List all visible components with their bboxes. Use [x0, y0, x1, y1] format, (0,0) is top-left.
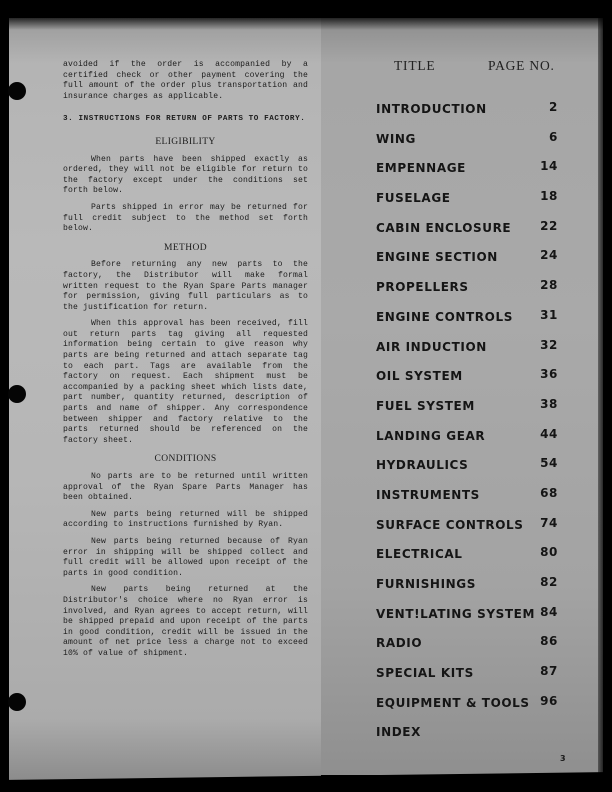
toc-entry[interactable]: FUEL SYSTEM38 — [376, 397, 558, 427]
table-of-contents: INTRODUCTION2WING6EMPENNAGE14FUSELAGE18C… — [376, 100, 558, 753]
toc-entry-title: CABIN ENCLOSURE — [376, 221, 511, 235]
toc-entry-page: 14 — [540, 159, 558, 173]
toc-entry[interactable]: EMPENNAGE14 — [376, 159, 558, 189]
toc-entry-title: INSTRUMENTS — [376, 488, 480, 502]
toc-entry-title: FURNISHINGS — [376, 577, 476, 591]
toc-entry-title: INTRODUCTION — [376, 102, 487, 116]
toc-entry-page: 82 — [540, 575, 558, 589]
left-column-text: avoided if the order is accompanied by a… — [63, 60, 308, 666]
toc-entry-page: 44 — [540, 427, 558, 441]
toc-entry[interactable]: ENGINE SECTION24 — [376, 248, 558, 278]
toc-entry-title: FUSELAGE — [376, 191, 451, 205]
toc-entry[interactable]: ENGINE CONTROLS31 — [376, 308, 558, 338]
toc-entry[interactable]: VENT!LATING SYSTEM84 — [376, 605, 558, 635]
conditions-paragraph: No parts are to be returned until writte… — [63, 472, 308, 504]
toc-entry-title: LANDING GEAR — [376, 429, 485, 443]
punch-hole-top — [8, 82, 26, 100]
method-paragraph: When this approval has been received, fi… — [63, 319, 308, 446]
toc-entry-title: EMPENNAGE — [376, 161, 466, 175]
toc-entry-page: 36 — [540, 367, 558, 381]
toc-entry[interactable]: LANDING GEAR44 — [376, 427, 558, 457]
toc-entry-page: 68 — [540, 486, 558, 500]
toc-entry-page: 18 — [540, 189, 558, 203]
conditions-paragraph: New parts being returned because of Ryan… — [63, 537, 308, 579]
toc-entry[interactable]: HYDRAULICS54 — [376, 456, 558, 486]
toc-entry-title: PROPELLERS — [376, 280, 469, 294]
toc-entry-page: 22 — [540, 219, 558, 233]
toc-entry-page: 80 — [540, 545, 558, 559]
toc-entry-page: 86 — [540, 634, 558, 648]
page-number: 3 — [560, 754, 566, 763]
toc-entry[interactable]: INDEX — [376, 723, 558, 753]
toc-entry-page: 54 — [540, 456, 558, 470]
eligibility-paragraph: When parts have been shipped exactly as … — [63, 155, 308, 197]
toc-entry[interactable]: SURFACE CONTROLS74 — [376, 516, 558, 546]
toc-entry[interactable]: SPECIAL KITS87 — [376, 664, 558, 694]
toc-entry-title: FUEL SYSTEM — [376, 399, 475, 413]
toc-entry-title: EQUIPMENT & TOOLS — [376, 696, 530, 710]
punch-hole-bottom — [8, 693, 26, 711]
section-heading: 3. INSTRUCTIONS FOR RETURN OF PARTS TO F… — [63, 114, 308, 125]
toc-entry[interactable]: AIR INDUCTION32 — [376, 338, 558, 368]
toc-entry[interactable]: CABIN ENCLOSURE22 — [376, 219, 558, 249]
toc-entry[interactable]: EQUIPMENT & TOOLS96 — [376, 694, 558, 724]
eligibility-heading: ELIGIBILITY — [63, 137, 308, 148]
toc-entry-page: 38 — [540, 397, 558, 411]
method-paragraph: Before returning any new parts to the fa… — [63, 260, 308, 313]
toc-entry-title: SURFACE CONTROLS — [376, 518, 523, 532]
toc-entry-title: INDEX — [376, 725, 421, 739]
punch-hole-middle — [8, 385, 26, 403]
toc-entry-title: AIR INDUCTION — [376, 340, 487, 354]
method-heading: METHOD — [63, 243, 308, 254]
toc-entry[interactable]: FUSELAGE18 — [376, 189, 558, 219]
toc-entry-page: 96 — [540, 694, 558, 708]
toc-entry-title: HYDRAULICS — [376, 458, 468, 472]
top-shadow — [0, 0, 612, 30]
toc-page-column-header: PAGE NO. — [488, 58, 555, 74]
toc-entry-title: WING — [376, 132, 416, 146]
toc-entry-title: ELECTRICAL — [376, 547, 462, 561]
toc-entry-page: 28 — [540, 278, 558, 292]
toc-entry-page: 24 — [540, 248, 558, 262]
eligibility-paragraph: Parts shipped in error may be returned f… — [63, 203, 308, 235]
toc-entry[interactable]: ELECTRICAL80 — [376, 545, 558, 575]
toc-entry-title: RADIO — [376, 636, 422, 650]
toc-title-column-header: TITLE — [394, 58, 435, 74]
toc-entry-title: ENGINE CONTROLS — [376, 310, 513, 324]
toc-entry-page: 74 — [540, 516, 558, 530]
toc-entry[interactable]: FURNISHINGS82 — [376, 575, 558, 605]
conditions-paragraph: New parts being returned will be shipped… — [63, 510, 308, 531]
toc-entry-title: SPECIAL KITS — [376, 666, 474, 680]
right-edge-shadow — [598, 0, 612, 792]
conditions-paragraph: New parts being returned at the Distribu… — [63, 585, 308, 659]
toc-entry-page: 2 — [549, 100, 558, 114]
toc-entry-page: 31 — [540, 308, 558, 322]
toc-entry-title: VENT!LATING SYSTEM — [376, 607, 535, 621]
toc-entry[interactable]: INSTRUMENTS68 — [376, 486, 558, 516]
conditions-heading: CONDITIONS — [63, 454, 308, 465]
toc-entry-page: 87 — [540, 664, 558, 678]
toc-entry[interactable]: OIL SYSTEM36 — [376, 367, 558, 397]
toc-entry[interactable]: INTRODUCTION2 — [376, 100, 558, 130]
toc-entry-page: 32 — [540, 338, 558, 352]
toc-entry-page: 6 — [549, 130, 558, 144]
toc-entry[interactable]: WING6 — [376, 130, 558, 160]
toc-entry-title: ENGINE SECTION — [376, 250, 498, 264]
toc-entry-page: 84 — [540, 605, 558, 619]
toc-entry[interactable]: RADIO86 — [376, 634, 558, 664]
toc-entry[interactable]: PROPELLERS28 — [376, 278, 558, 308]
intro-paragraph: avoided if the order is accompanied by a… — [63, 60, 308, 102]
toc-entry-title: OIL SYSTEM — [376, 369, 463, 383]
